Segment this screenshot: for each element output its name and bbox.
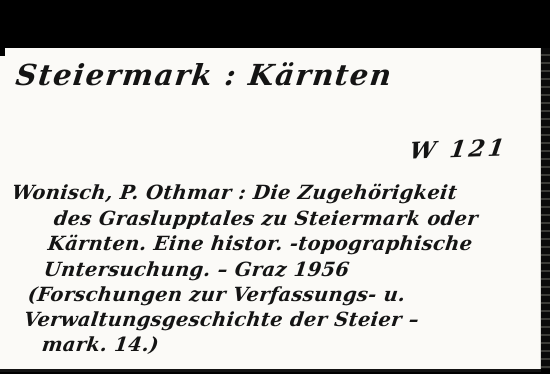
- body-line-author-title: Wonisch, P. Othmar : Die Zugehörigkeit: [11, 181, 459, 204]
- card-heading: Steiermark : Kärnten: [14, 58, 395, 92]
- body-line-series-3: mark. 14.): [41, 333, 161, 356]
- card-stack-edge: [541, 48, 550, 369]
- scanned-photo: Steiermark : Kärnten W 121 Wonisch, P. O…: [0, 0, 550, 374]
- body-line-series-1: (Forschungen zur Verfassungs- u.: [27, 283, 407, 306]
- body-line-series-2: Verwaltungsgeschichte der Steier –: [23, 308, 421, 331]
- shelfmark: W 121: [408, 134, 509, 164]
- body-line-title-2: des Graslupptales zu Steiermark oder: [53, 207, 480, 230]
- photo-corner-artifact: [0, 48, 5, 56]
- body-line-imprint: Untersuchung. – Graz 1956: [43, 258, 351, 281]
- body-line-title-3: Kärnten. Eine histor. -topographische: [47, 232, 474, 255]
